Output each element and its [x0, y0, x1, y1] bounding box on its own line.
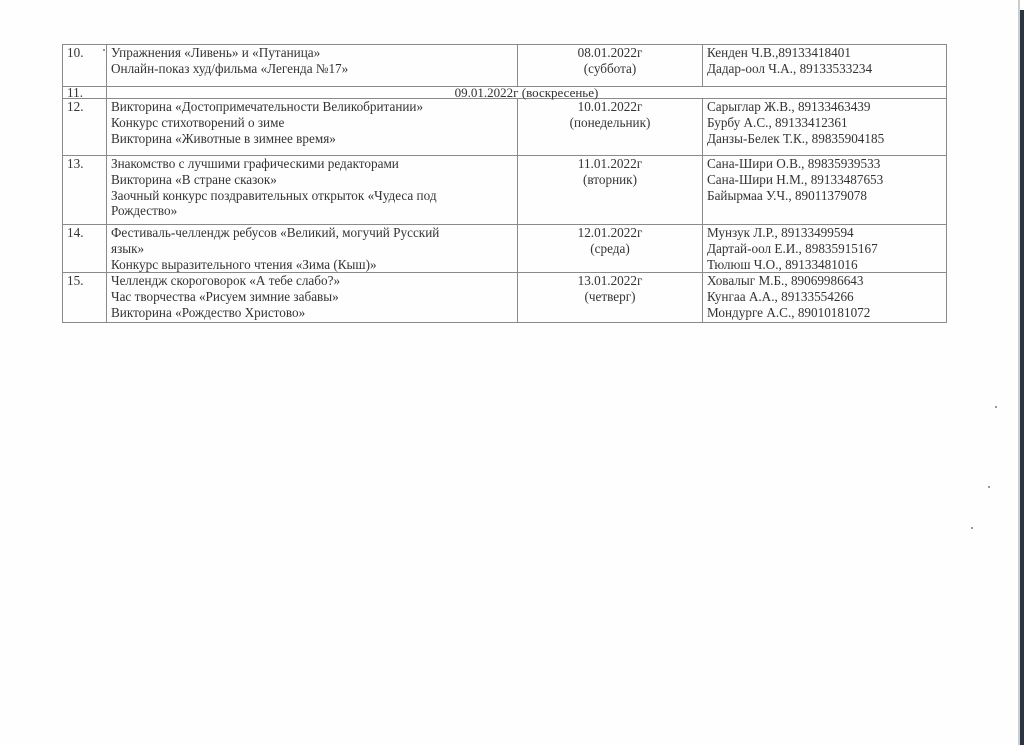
weekday: (вторник) [522, 172, 698, 188]
event-item: Упражнения «Ливень» и «Путаница» [111, 45, 513, 61]
contact: Кунгаа А.А., 89133554266 [707, 289, 942, 305]
row-number: 11. [63, 87, 107, 99]
scan-speck [971, 527, 973, 529]
scan-speck [988, 486, 990, 488]
event-item: Челлендж скороговорок «А тебе слабо?» [111, 273, 513, 289]
schedule-table: 10. Упражнения «Ливень» и «Путаница» Онл… [62, 44, 947, 323]
events-cell: Упражнения «Ливень» и «Путаница» Онлайн-… [107, 45, 518, 87]
contact: Кенден Ч.В.,89133418401 [707, 45, 942, 61]
contact: Сана-Шири О.В., 89835939533 [707, 156, 942, 172]
event-item: Викторина «Достопримечательности Великоб… [111, 99, 513, 115]
table-row: 13. Знакомство с лучшими графическими ре… [63, 156, 947, 225]
event-item: Викторина «В стране сказок» [111, 172, 513, 188]
contact: Тюлюш Ч.О., 89133481016 [707, 257, 942, 273]
contacts-cell: Мунзук Л.Р., 89133499594 Дартай-оол Е.И.… [703, 225, 947, 273]
events-cell: Фестиваль-челлендж ребусов «Великий, мог… [107, 225, 518, 273]
contact: Данзы-Белек Т.К., 89835904185 [707, 131, 942, 147]
contact: Сана-Шири Н.М., 89133487653 [707, 172, 942, 188]
contact: Бурбу А.С., 89133412361 [707, 115, 942, 131]
contact: Дадар-оол Ч.А., 89133533234 [707, 61, 942, 77]
date: 10.01.2022г [522, 99, 698, 115]
date-cell: 10.01.2022г (понедельник) [518, 99, 703, 156]
event-item: Викторина «Животные в зимнее время» [111, 131, 513, 147]
weekday: (четверг) [522, 289, 698, 305]
date: 08.01.2022г [522, 45, 698, 61]
event-item: Фестиваль-челлендж ребусов «Великий, мог… [111, 225, 513, 241]
contact: Байырмаа У.Ч., 89011379078 [707, 188, 942, 204]
date-cell: 11.01.2022г (вторник) [518, 156, 703, 225]
scanned-page: 10. Упражнения «Ливень» и «Путаница» Онл… [0, 0, 1024, 745]
event-item: Конкурс стихотворений о зиме [111, 115, 513, 131]
weekday: (понедельник) [522, 115, 698, 131]
event-item: Знакомство с лучшими графическими редакт… [111, 156, 513, 172]
contact: Ховалыг М.Б., 89069986643 [707, 273, 942, 289]
row-number: 15. [63, 273, 107, 323]
weekday: (среда) [522, 241, 698, 257]
contacts-cell: Сана-Шири О.В., 89835939533 Сана-Шири Н.… [703, 156, 947, 225]
table-row: 15. Челлендж скороговорок «А тебе слабо?… [63, 273, 947, 323]
events-cell: Знакомство с лучшими графическими редакт… [107, 156, 518, 225]
date: 12.01.2022г [522, 225, 698, 241]
weekday: (суббота) [522, 61, 698, 77]
table-row: 12. Викторина «Достопримечательности Вел… [63, 99, 947, 156]
table-row: 11. 09.01.2022г (воскресенье) [63, 87, 947, 99]
date: 11.01.2022г [522, 156, 698, 172]
merged-date-cell: 09.01.2022г (воскресенье) [107, 87, 947, 99]
contact: Сарыглар Ж.В., 89133463439 [707, 99, 942, 115]
scan-edge [1020, 10, 1024, 745]
event-item: Час творчества «Рисуем зимние забавы» [111, 289, 513, 305]
row-number: 13. [63, 156, 107, 225]
date: 13.01.2022г [522, 273, 698, 289]
date-cell: 13.01.2022г (четверг) [518, 273, 703, 323]
event-item: Рождество» [111, 203, 513, 219]
event-item: Викторина «Рождество Христово» [111, 305, 513, 321]
scan-speck [995, 406, 997, 408]
events-cell: Челлендж скороговорок «А тебе слабо?» Ча… [107, 273, 518, 323]
date-cell: 08.01.2022г (суббота) [518, 45, 703, 87]
table-row: 10. Упражнения «Ливень» и «Путаница» Онл… [63, 45, 947, 87]
event-item: Конкурс выразительного чтения «Зима (Кыш… [111, 257, 513, 273]
contact: Дартай-оол Е.И., 89835915167 [707, 241, 942, 257]
contacts-cell: Ховалыг М.Б., 89069986643 Кунгаа А.А., 8… [703, 273, 947, 323]
event-item: Заочный конкурс поздравительных открыток… [111, 188, 513, 204]
event-item: Онлайн-показ худ/фильма «Легенда №17» [111, 61, 513, 77]
contacts-cell: Кенден Ч.В.,89133418401 Дадар-оол Ч.А., … [703, 45, 947, 87]
events-cell: Викторина «Достопримечательности Великоб… [107, 99, 518, 156]
table-row: 14. Фестиваль-челлендж ребусов «Великий,… [63, 225, 947, 273]
contact: Мондурге А.С., 89010181072 [707, 305, 942, 321]
row-number: 14. [63, 225, 107, 273]
date-cell: 12.01.2022г (среда) [518, 225, 703, 273]
contact: Мунзук Л.Р., 89133499594 [707, 225, 942, 241]
row-number: 12. [63, 99, 107, 156]
contacts-cell: Сарыглар Ж.В., 89133463439 Бурбу А.С., 8… [703, 99, 947, 156]
event-item: язык» [111, 241, 513, 257]
row-number: 10. [63, 45, 107, 87]
